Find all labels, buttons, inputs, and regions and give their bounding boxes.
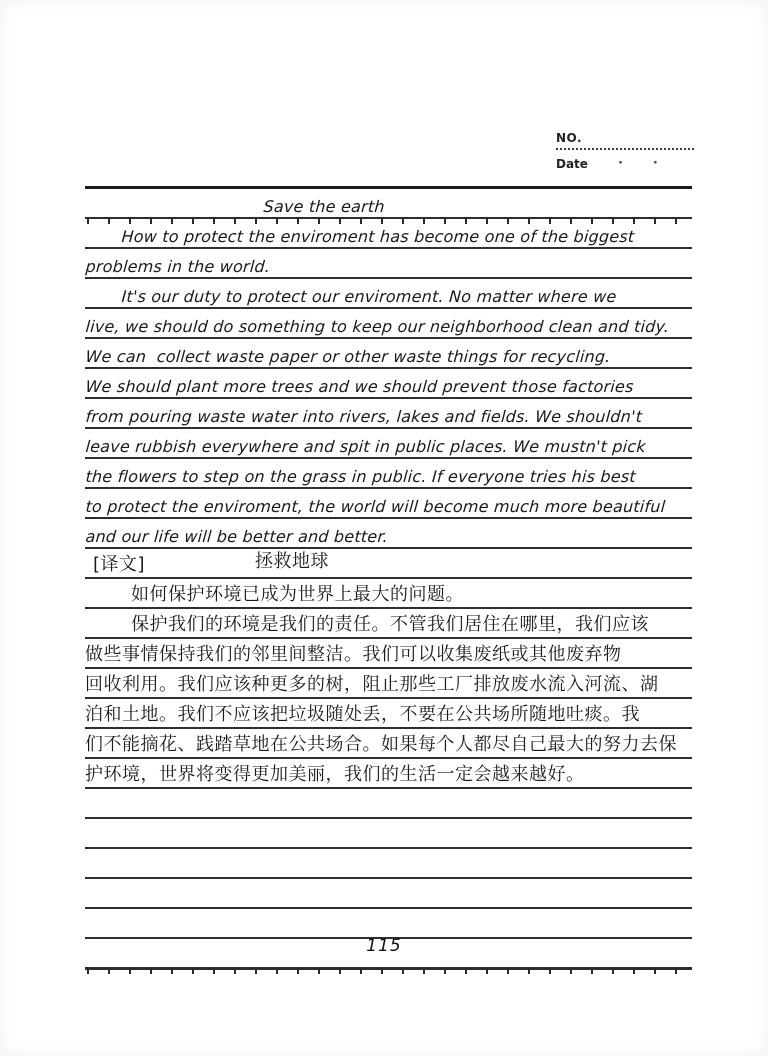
essay-line-en: from pouring waste water into rivers, la…: [85, 409, 643, 425]
ruled-line: live, we should do something to keep our…: [85, 309, 692, 339]
no-label: NO.: [556, 131, 694, 145]
ruled-line-empty: [85, 909, 692, 939]
essay-line-en: How to protect the enviroment has become…: [121, 229, 635, 245]
page-header: NO. Date · ·: [556, 131, 694, 171]
ruled-line: [译文] 拯救地球: [85, 549, 692, 579]
essay-line-en: We should plant more trees and we should…: [85, 379, 634, 395]
essay-title: Save the earth: [263, 199, 385, 215]
ruled-line-empty: [85, 789, 692, 819]
ruled-line: Save the earth: [85, 189, 692, 219]
essay-line-zh: 如何保护环境已成为世界上最大的问题。: [131, 586, 464, 604]
essay-line-zh: 护环境，世界将变得更加美丽，我们的生活一定会越来越好。: [85, 766, 585, 784]
essay-line-en: It's our duty to protect our enviroment.…: [121, 289, 617, 305]
ruled-line: to protect the enviroment, the world wil…: [85, 489, 692, 519]
notebook-page: NO. Date · · Save the earth How to prote…: [0, 0, 768, 1056]
ruled-sheet: Save the earth How to protect the enviro…: [85, 186, 692, 970]
essay-line-zh: 泊和土地。我们不应该把垃圾随处丢，不要在公共场所随地吐痰。我: [85, 706, 640, 724]
ruled-line: and our life will be better and better.: [85, 519, 692, 549]
ruled-line: 们不能摘花、践踏草地在公共场合。如果每个人都尽自己最大的努力去保: [85, 729, 692, 759]
chinese-title: 拯救地球: [255, 553, 329, 571]
essay-line-en: live, we should do something to keep our…: [85, 319, 670, 335]
ruled-line: 做些事情保持我们的邻里间整洁。我们可以收集废纸或其他废弃物: [85, 639, 692, 669]
ruled-line: 回收利用。我们应该种更多的树，阻止那些工厂排放废水流入河流、湖: [85, 669, 692, 699]
ruled-line: from pouring waste water into rivers, la…: [85, 399, 692, 429]
essay-line-en: the flowers to step on the grass in publ…: [85, 469, 636, 485]
ruled-line: It's our duty to protect our enviroment.…: [85, 279, 692, 309]
ruled-line: 如何保护环境已成为世界上最大的问题。: [85, 579, 692, 609]
date-row: Date · ·: [556, 157, 694, 171]
translation-tag: [译文]: [93, 556, 145, 574]
ruled-line: We should plant more trees and we should…: [85, 369, 692, 399]
essay-line-zh: 回收利用。我们应该种更多的树，阻止那些工厂排放废水流入河流、湖: [85, 676, 659, 694]
essay-line-en: We can collect waste paper or other wast…: [85, 349, 611, 365]
ruled-line: 泊和土地。我们不应该把垃圾随处丢，不要在公共场所随地吐痰。我: [85, 699, 692, 729]
date-dot: ·: [618, 159, 623, 169]
ruled-line-empty: [85, 819, 692, 849]
ruled-line: problems in the world.: [85, 249, 692, 279]
page-number: 115: [0, 936, 768, 956]
essay-line-en: leave rubbish everywhere and spit in pub…: [85, 439, 646, 455]
ruled-line-empty: [85, 849, 692, 879]
ruled-line: 护环境，世界将变得更加美丽，我们的生活一定会越来越好。: [85, 759, 692, 789]
essay-line-en: and our life will be better and better.: [85, 529, 389, 545]
ruled-line: We can collect waste paper or other wast…: [85, 339, 692, 369]
essay-line-zh: 做些事情保持我们的邻里间整洁。我们可以收集废纸或其他废弃物: [85, 646, 622, 664]
date-dot: ·: [653, 159, 658, 169]
ruled-line: 保护我们的环境是我们的责任。不管我们居住在哪里，我们应该: [85, 609, 692, 639]
essay-line-en: to protect the enviroment, the world wil…: [85, 499, 666, 515]
no-dotted-line: [556, 148, 694, 150]
ruled-line: the flowers to step on the grass in publ…: [85, 459, 692, 489]
ruled-line-empty: [85, 879, 692, 909]
essay-line-zh: 们不能摘花、践踏草地在公共场合。如果每个人都尽自己最大的努力去保: [85, 736, 677, 754]
essay-line-zh: 保护我们的环境是我们的责任。不管我们居住在哪里，我们应该: [131, 616, 649, 634]
ruled-line: leave rubbish everywhere and spit in pub…: [85, 429, 692, 459]
essay-line-en: problems in the world.: [85, 259, 271, 275]
ruled-line: How to protect the enviroment has become…: [85, 219, 692, 249]
date-label: Date: [556, 157, 588, 171]
